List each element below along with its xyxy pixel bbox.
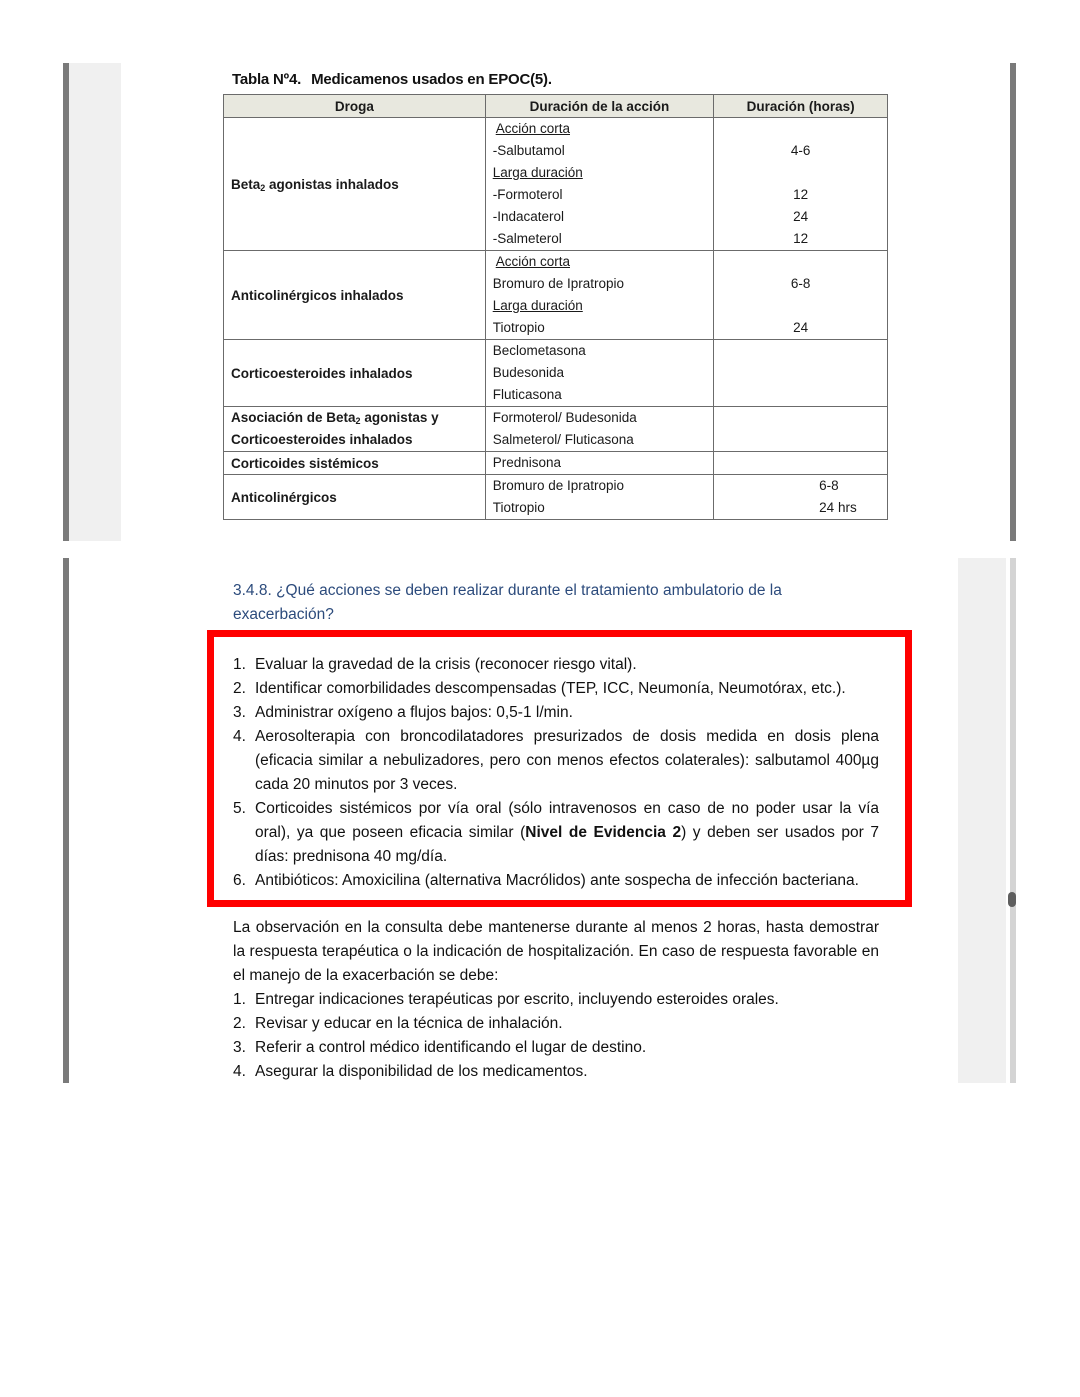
drug-cell: Corticoesteroides inhalados [224, 340, 486, 407]
duration-cell [714, 407, 888, 452]
page-margin-panel [69, 63, 121, 541]
page-frame-left-edge [63, 558, 69, 1083]
duration-cell [714, 340, 888, 407]
action-subheading: Acción corta [493, 251, 706, 273]
list-item: 4.Asegurar la disponibilidad de los medi… [233, 1060, 879, 1084]
action-item: Prednisona [493, 452, 706, 474]
action-cell: Bromuro de Ipratropio Tiotropio [485, 475, 713, 520]
drug-cell: Beta2 agonistas inhalados [224, 118, 486, 251]
page-frame-right-edge [1010, 63, 1016, 541]
action-item: Bromuro de Ipratropio [493, 475, 706, 497]
action-item: Beclometasona [493, 340, 706, 362]
action-cell: Prednisona [485, 452, 713, 475]
action-cell: Acción corta -Salbutamol Larga duración … [485, 118, 713, 251]
action-item: Salmeterol/ Fluticasona [493, 429, 706, 451]
action-item: -Salbutamol [493, 140, 706, 162]
list-item: 5.Corticoides sistémicos por vía oral (s… [233, 797, 879, 869]
section-heading: 3.4.8. ¿Qué acciones se deben realizar d… [233, 579, 873, 627]
duration-cell: 6-8 24 [714, 251, 888, 340]
action-item: Tiotropio [493, 317, 706, 339]
scrollbar-thumb[interactable] [1008, 892, 1016, 907]
table-row: Corticoides sistémicos Prednisona [224, 452, 888, 475]
table-caption: Tabla Nº4.Medicamenos usados en EPOC(5). [232, 71, 552, 88]
column-header: Droga [224, 95, 486, 118]
action-item: Tiotropio [493, 497, 706, 519]
drug-cell: Corticoides sistémicos [224, 452, 486, 475]
action-item: Fluticasona [493, 384, 706, 406]
list-item: 3.Administrar oxígeno a flujos bajos: 0,… [233, 701, 879, 725]
table-row: Corticoesteroides inhalados Beclometason… [224, 340, 888, 407]
action-item: Bromuro de Ipratropio [493, 273, 706, 295]
action-subheading: Larga duración [493, 295, 706, 317]
table-row: Anticolinérgicos inhalados Acción corta … [224, 251, 888, 340]
table-row: Asociación de Beta2 agonistas y Corticoe… [224, 407, 888, 452]
medications-table: Droga Duración de la acción Duración (ho… [223, 94, 888, 520]
column-header: Duración (horas) [714, 95, 888, 118]
observation-paragraph: La observación en la consulta debe mante… [233, 916, 879, 988]
action-subheading: Larga duración [493, 162, 706, 184]
duration-cell: 4-6 12 24 12 [714, 118, 888, 251]
action-item: -Salmeterol [493, 228, 706, 250]
page-margin-panel [958, 558, 1006, 1083]
action-cell: Acción corta Bromuro de Ipratropio Larga… [485, 251, 713, 340]
action-cell: Beclometasona Budesonida Fluticasona [485, 340, 713, 407]
table-row: Anticolinérgicos Bromuro de Ipratropio T… [224, 475, 888, 520]
action-item: -Formoterol [493, 184, 706, 206]
table-header-row: Droga Duración de la acción Duración (ho… [224, 95, 888, 118]
list-item: 1.Entregar indicaciones terapéuticas por… [233, 988, 879, 1012]
action-cell: Formoterol/ Budesonida Salmeterol/ Fluti… [485, 407, 713, 452]
list-item: 2.Identificar comorbilidades descompensa… [233, 677, 879, 701]
column-header: Duración de la acción [485, 95, 713, 118]
favorable-response-list: 1.Entregar indicaciones terapéuticas por… [233, 988, 879, 1084]
drug-cell: Anticolinérgicos [224, 475, 486, 520]
list-item: 2.Revisar y educar en la técnica de inha… [233, 1012, 879, 1036]
list-item: 1.Evaluar la gravedad de la crisis (reco… [233, 653, 879, 677]
action-item: Formoterol/ Budesonida [493, 407, 706, 429]
drug-cell: Asociación de Beta2 agonistas y Corticoe… [224, 407, 486, 452]
evidence-level: Nivel de Evidencia 2 [525, 824, 681, 841]
action-item: -Indacaterol [493, 206, 706, 228]
action-subheading: Acción corta [493, 118, 706, 140]
action-item: Budesonida [493, 362, 706, 384]
scrollbar-track[interactable] [1010, 558, 1016, 1083]
list-item: 4.Aerosolterapia con broncodilatadores p… [233, 725, 879, 797]
table-row: Beta2 agonistas inhalados Acción corta -… [224, 118, 888, 251]
duration-cell: 6-8 24 hrs [714, 475, 888, 520]
list-item: 6.Antibióticos: Amoxicilina (alternativa… [233, 869, 879, 893]
table-title: Medicamenos usados en EPOC(5). [311, 71, 552, 88]
table-number: Tabla Nº4. [232, 71, 301, 88]
drug-cell: Anticolinérgicos inhalados [224, 251, 486, 340]
treatment-steps-list: 1.Evaluar la gravedad de la crisis (reco… [233, 653, 879, 893]
list-item: 3.Referir a control médico identificando… [233, 1036, 879, 1060]
duration-cell [714, 452, 888, 475]
